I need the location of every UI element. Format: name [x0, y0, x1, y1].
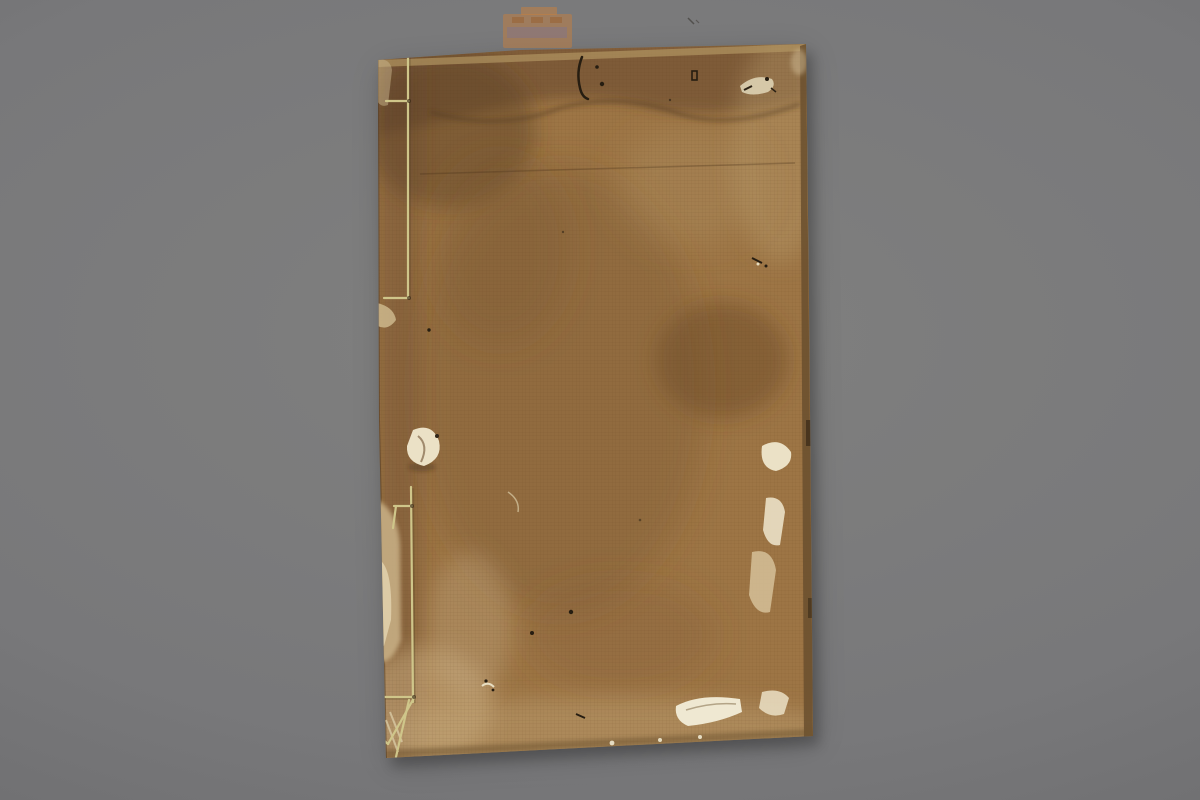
photo-canvas	[0, 0, 1200, 800]
cover-texture	[378, 44, 813, 758]
spot	[765, 77, 769, 81]
edge-fleck	[658, 738, 662, 742]
spot	[530, 631, 534, 635]
book-photo	[0, 0, 1200, 800]
background-dust	[688, 18, 699, 24]
stitch-hole	[410, 504, 414, 508]
corner-wear	[791, 49, 807, 75]
edge-fleck	[610, 741, 615, 746]
book-cover	[357, 38, 845, 769]
dust-fleck	[688, 18, 694, 24]
watermark-top-tab	[521, 7, 557, 15]
watermark-detail	[512, 17, 524, 23]
spot	[427, 328, 430, 331]
watermark-band	[507, 27, 567, 38]
speck	[639, 519, 642, 522]
spot	[600, 82, 604, 86]
stitch-hole	[407, 99, 411, 103]
white-fleck	[757, 263, 760, 266]
flap-dark-tip	[435, 434, 439, 438]
watermark-detail	[531, 17, 543, 23]
speck	[669, 99, 671, 101]
spot	[484, 679, 487, 682]
stitch-hole	[407, 296, 411, 300]
spot	[569, 610, 573, 614]
stitch-hole	[412, 695, 416, 699]
watermark-detail	[550, 17, 562, 23]
watermark	[503, 7, 572, 48]
spot	[765, 265, 768, 268]
speck	[562, 231, 564, 233]
edge-fleck	[698, 735, 702, 739]
spot	[492, 689, 495, 692]
dust-fleck	[696, 20, 699, 23]
spot	[595, 65, 599, 69]
